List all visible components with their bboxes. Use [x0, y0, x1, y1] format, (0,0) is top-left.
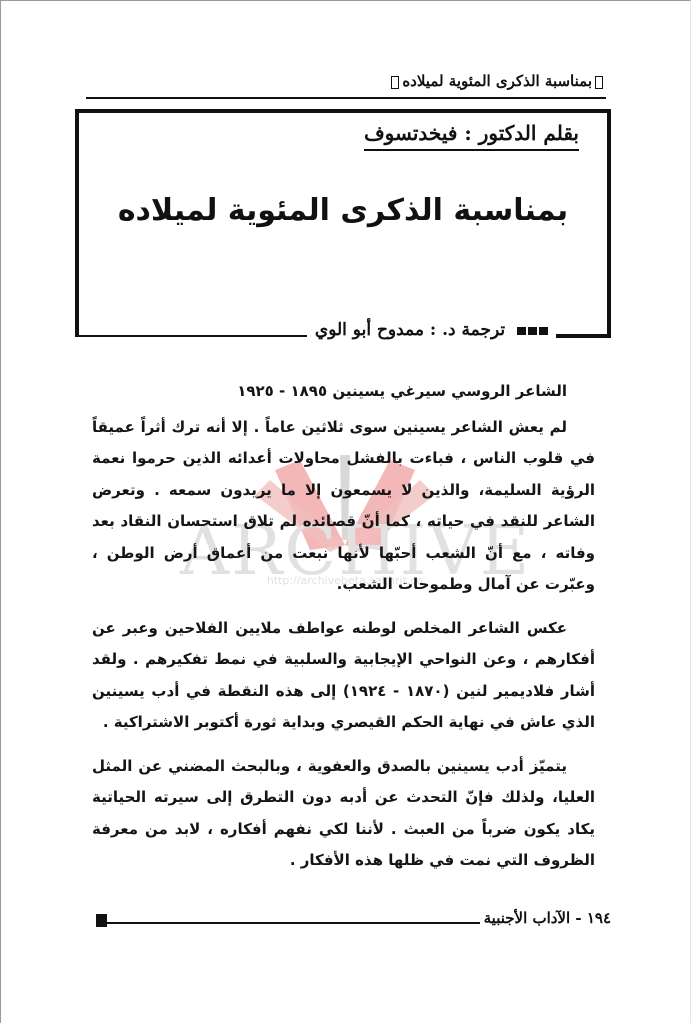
- box-bottom-rule-right: [556, 334, 611, 338]
- footer-rule: [107, 922, 480, 924]
- translator-row: ترجمة د. : ممدوح أبو الوي: [75, 316, 611, 340]
- article-title: بمناسبة الذكرى المئوية لميلاده: [79, 193, 607, 228]
- header-rule: [86, 97, 606, 99]
- title-box: بقلم الدكتور : فيخدتسوف بمناسبة الذكرى ا…: [75, 109, 611, 335]
- bracket-square-icon: [595, 76, 603, 89]
- paragraph: لم يعش الشاعر يسينين سوى ثلاثين عاماً . …: [92, 412, 595, 601]
- paragraph: يتميّز أدب يسينين بالصدق والعفوية ، وبال…: [92, 751, 595, 877]
- page-footer: ١٩٤ - الآداب الأجنبية: [96, 907, 611, 927]
- translator-name: ترجمة د. : ممدوح أبو الوي: [315, 320, 505, 340]
- footer-square-icon: [96, 914, 107, 927]
- box-bottom-rule-left: [75, 335, 307, 337]
- running-header: بمناسبة الذكرى المئوية لميلاده: [86, 72, 606, 90]
- article-body: الشاعر الروسي سيرغي يسينين ١٨٩٥ - ١٩٢٥ ل…: [92, 376, 595, 889]
- bracket-square-icon: [391, 76, 399, 89]
- article-subtitle: الشاعر الروسي سيرغي يسينين ١٨٩٥ - ١٩٢٥: [92, 376, 595, 408]
- paragraph: عكس الشاعر المخلص لوطنه عواطف ملايين الف…: [92, 613, 595, 739]
- author-byline: بقلم الدكتور : فيخدتسوف: [364, 121, 579, 151]
- translator-credit: ترجمة د. : ممدوح أبو الوي: [307, 320, 556, 340]
- decorative-squares-icon: [517, 327, 548, 335]
- running-header-text: بمناسبة الذكرى المئوية لميلاده: [402, 72, 592, 90]
- page-number-and-journal: ١٩٤ - الآداب الأجنبية: [480, 909, 611, 927]
